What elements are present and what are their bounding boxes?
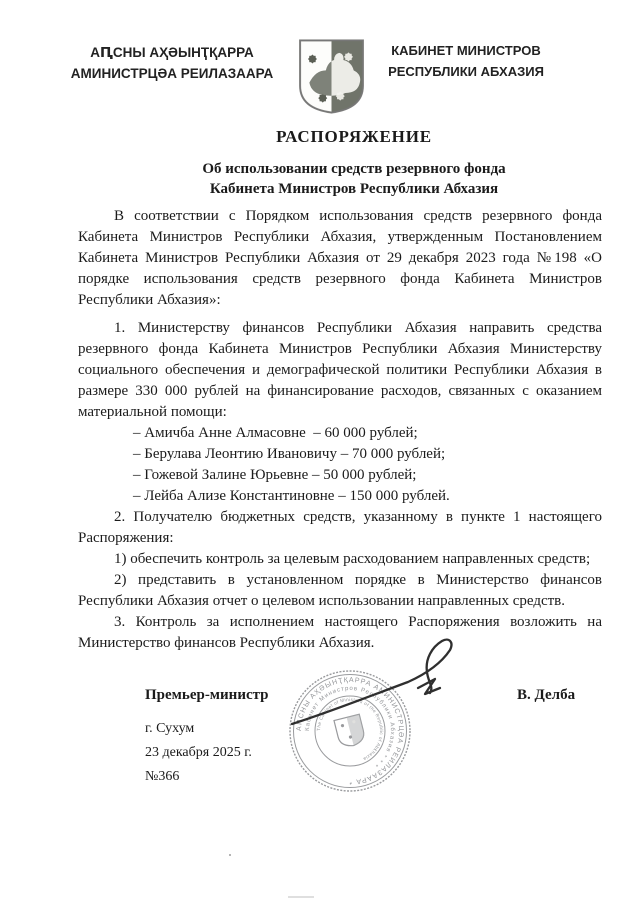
signature-ink bbox=[268, 626, 480, 730]
coat-of-arms-icon bbox=[297, 37, 366, 116]
header-org-abkhaz-line1: АԤСНЫ АҲӘЫНҬҚАРРА bbox=[60, 42, 284, 63]
beneficiary-item: – Берулава Леонтию Ивановичу – 70 000 ру… bbox=[78, 444, 602, 465]
header-org-abkhaz-line2: АМИНИСТРЦӘА РЕИЛАЗААРА bbox=[60, 63, 284, 84]
signature-number: №366 bbox=[145, 769, 179, 785]
header-org-russian: КАБИНЕТ МИНИСТРОВ РЕСПУБЛИКИ АБХАЗИЯ bbox=[378, 40, 554, 82]
paragraph-item2: 2. Получателю бюджетных средств, указанн… bbox=[78, 507, 602, 549]
header-org-abkhaz: АԤСНЫ АҲӘЫНҬҚАРРА АМИНИСТРЦӘА РЕИЛАЗААРА bbox=[60, 42, 284, 84]
paragraph-item1: 1. Министерству финансов Республики Абха… bbox=[78, 318, 602, 423]
scan-artifact-dot bbox=[229, 854, 231, 856]
paragraph-item2-sub2: 2) представить в установленном порядке в… bbox=[78, 570, 602, 612]
beneficiary-item: – Гожевой Залине Юрьевне – 50 000 рублей… bbox=[78, 465, 602, 486]
document-subtitle-line1: Об использовании средств резервного фонд… bbox=[78, 159, 630, 179]
beneficiary-list: – Амичба Анне Алмасовне – 60 000 рублей;… bbox=[78, 423, 602, 507]
signature-date: 23 декабря 2025 г. bbox=[145, 745, 252, 761]
signature-name: В. Делба bbox=[517, 687, 575, 704]
beneficiary-item: – Амичба Анне Алмасовне – 60 000 рублей; bbox=[78, 423, 602, 444]
document-subtitle-line2: Кабинета Министров Республики Абхазия bbox=[78, 179, 630, 199]
scan-artifact-dash bbox=[288, 896, 314, 898]
signature-city: г. Сухум bbox=[145, 721, 194, 737]
beneficiary-item: – Лейба Ализе Константиновне – 150 000 р… bbox=[78, 486, 602, 507]
scanned-document-page: АԤСНЫ АҲӘЫНҬҚАРРА АМИНИСТРЦӘА РЕИЛАЗААРА… bbox=[0, 0, 640, 905]
header-org-russian-line1: КАБИНЕТ МИНИСТРОВ bbox=[378, 40, 554, 61]
document-title: РАСПОРЯЖЕНИЕ bbox=[78, 127, 630, 147]
header-org-russian-line2: РЕСПУБЛИКИ АБХАЗИЯ bbox=[378, 61, 554, 82]
document-subtitle: Об использовании средств резервного фонд… bbox=[78, 159, 630, 199]
paragraph-intro: В соответствии с Порядком использования … bbox=[78, 206, 602, 311]
signature-role: Премьер-министр bbox=[145, 687, 269, 704]
paragraph-item2-sub1: 1) обеспечить контроль за целевым расход… bbox=[78, 549, 602, 570]
document-body: В соответствии с Порядком использования … bbox=[78, 206, 602, 654]
